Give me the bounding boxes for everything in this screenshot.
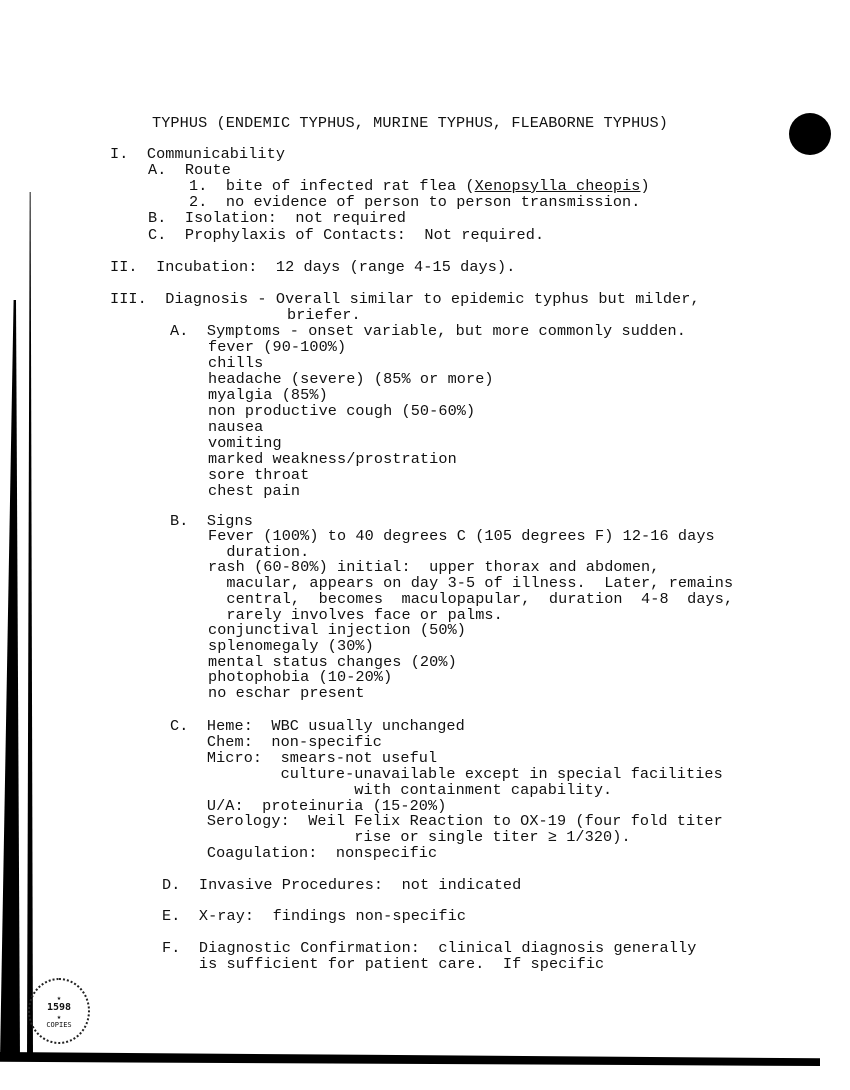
section-iii-e: E. X-ray: findings non-specific [162, 908, 466, 924]
symptom-item: myalgia (85%) [208, 387, 494, 403]
symptom-item: headache (severe) (85% or more) [208, 371, 494, 387]
section-iii-d: D. Invasive Procedures: not indicated [162, 877, 521, 893]
section-iii-heading: III. Diagnosis - Overall similar to epid… [110, 291, 700, 307]
symptom-item: chest pain [208, 483, 494, 499]
symptom-item: chills [208, 355, 494, 371]
sign-line: no eschar present [208, 686, 733, 702]
section-iii-heading-cont: briefer. [287, 307, 361, 323]
section-iii-f-line1: F. Diagnostic Confirmation: clinical dia… [162, 940, 696, 956]
left-page-edge [0, 300, 20, 1060]
stamp-star-icon: ★ [57, 1013, 61, 1021]
section-i-a1: 1. bite of infected rat flea (Xenopsylla… [189, 178, 650, 194]
symptoms-list: fever (90-100%) chills headache (severe)… [208, 339, 494, 499]
symptom-item: fever (90-100%) [208, 339, 494, 355]
left-page-border [27, 192, 33, 1060]
symptom-item: nausea [208, 419, 494, 435]
section-i-heading: I. Communicability [110, 146, 285, 162]
punch-hole [789, 113, 831, 155]
signs-list: Fever (100%) to 40 degrees C (105 degree… [208, 529, 733, 702]
copy-stamp: ★ 1598 ★ COPIES [28, 978, 90, 1044]
stamp-text: COPIES [46, 1021, 71, 1029]
symptom-item: non productive cough (50-60%) [208, 403, 494, 419]
section-i-a: A. Route [148, 162, 231, 178]
symptom-item: sore throat [208, 467, 494, 483]
section-i-a2: 2. no evidence of person to person trans… [189, 194, 641, 210]
stamp-star-icon: ★ [57, 994, 61, 1002]
stamp-year: 1598 [47, 1002, 71, 1013]
route-1-close: ) [641, 177, 650, 195]
symptoms-heading: A. Symptoms - onset variable, but more c… [170, 323, 686, 339]
symptom-item: vomiting [208, 435, 494, 451]
section-i-c: C. Prophylaxis of Contacts: Not required… [148, 227, 544, 243]
bottom-page-edge [0, 1052, 820, 1066]
symptom-item: marked weakness/prostration [208, 451, 494, 467]
section-iii-f-line2: is sufficient for patient care. If speci… [162, 956, 604, 972]
document-title: TYPHUS (ENDEMIC TYPHUS, MURINE TYPHUS, F… [152, 115, 668, 131]
lab-line-coagulation: Coagulation: nonspecific [170, 846, 723, 862]
section-ii-heading: II. Incubation: 12 days (range 4-15 days… [110, 259, 515, 275]
lab-findings: C. Heme: WBC usually unchanged Chem: non… [170, 719, 723, 862]
section-i-b: B. Isolation: not required [148, 210, 406, 226]
